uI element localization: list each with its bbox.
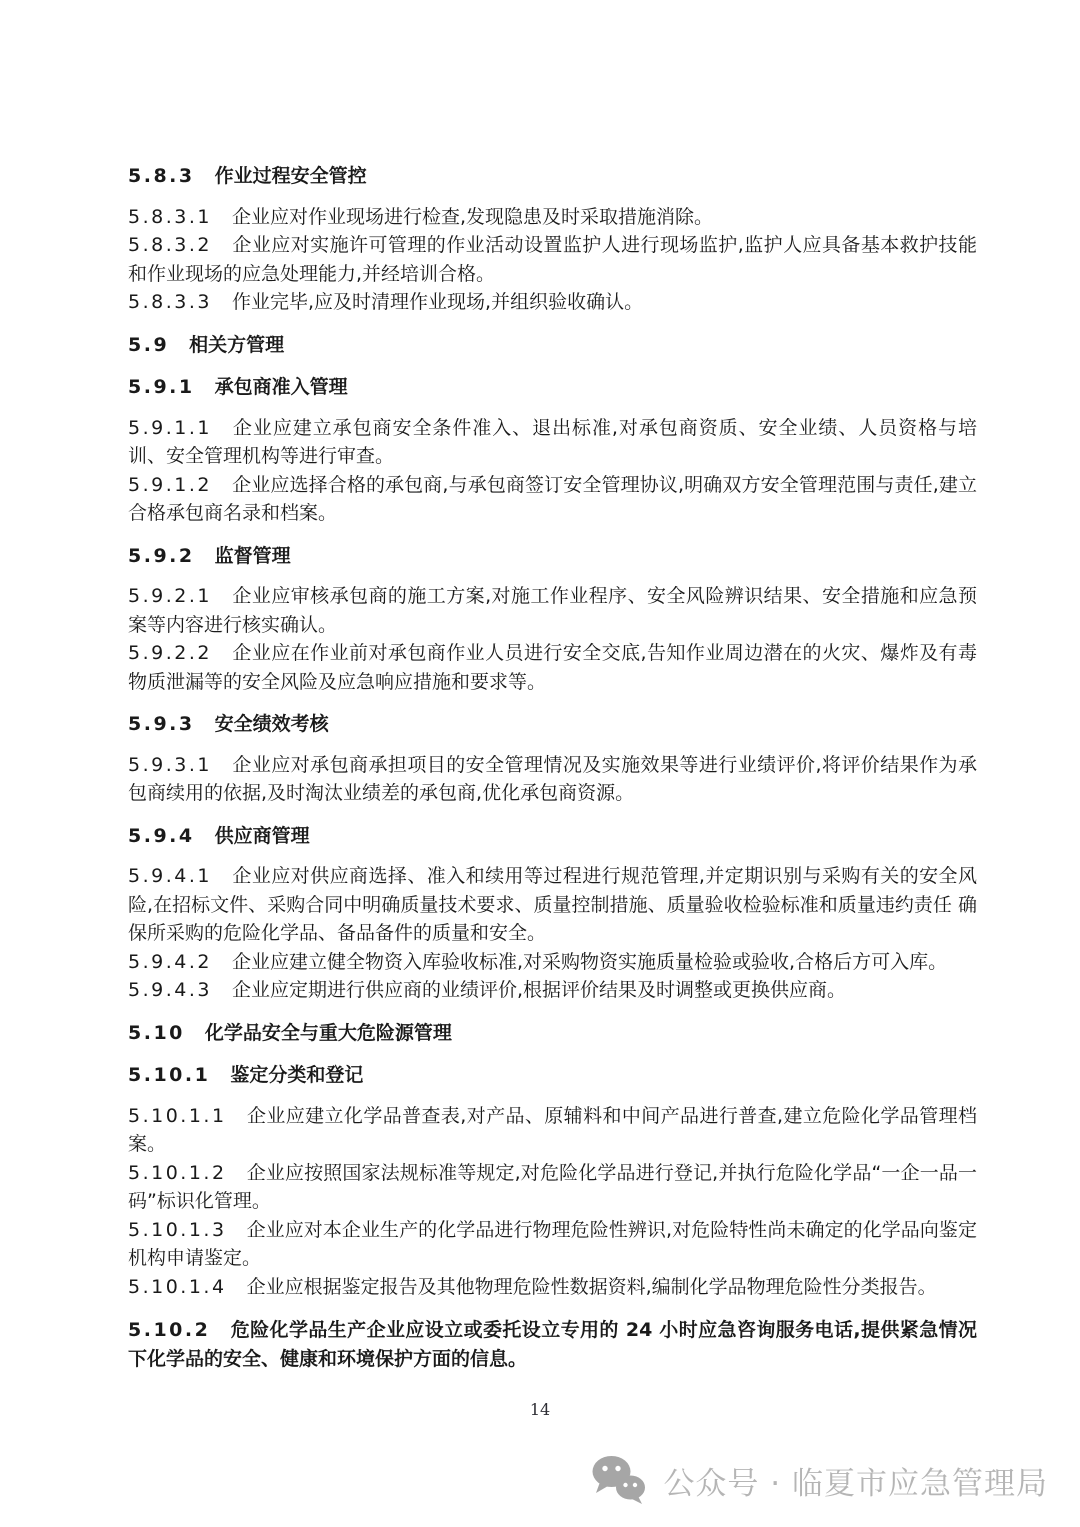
clause-text: 鉴定分类和登记	[230, 1064, 363, 1086]
clause-text: 企业应按照国家法规标准等规定,对危险化学品进行登记,并执行危险化学品“一企一品一…	[128, 1162, 977, 1213]
clause-number: 5.10	[128, 1022, 185, 1044]
clause-text: 承包商准入管理	[215, 376, 348, 398]
clause-text: 企业应定期进行供应商的业绩评价,根据评价结果及时调整或更换供应商。	[232, 979, 846, 1001]
section-heading: 5.9.3安全绩效考核	[128, 710, 977, 739]
clause-paragraph: 5.9.2.2企业应在作业前对承包商作业人员进行安全交底,告知作业周边潜在的火灾…	[128, 639, 977, 696]
clause-text: 企业应建立化学品普查表,对产品、原辅料和中间产品进行普查,建立危险化学品管理档案…	[128, 1105, 977, 1156]
clause-number: 5.10.1	[128, 1064, 210, 1086]
clause-number: 5.9.4	[128, 825, 195, 847]
clause-number: 5.9.4.3	[128, 979, 212, 1001]
clause-number: 5.9.2	[128, 545, 195, 567]
clause-number: 5.8.3.2	[128, 234, 212, 256]
clause-text: 企业应对本企业生产的化学品进行物理危险性辨识,对危险特性尚未确定的化学品向鉴定机…	[128, 1219, 977, 1270]
clause-number: 5.10.1.1	[128, 1105, 227, 1127]
clause-number: 5.10.2	[128, 1319, 210, 1341]
clause-number: 5.9.3	[128, 713, 195, 735]
clause-text: 企业应对作业现场进行检查,发现隐患及时采取措施消除。	[232, 206, 713, 228]
clause-text: 作业过程安全管控	[215, 165, 367, 187]
section-heading: 5.10化学品安全与重大危险源管理	[128, 1019, 977, 1048]
clause-text: 企业应根据鉴定报告及其他物理危险性数据资料,编制化学品物理危险性分类报告。	[247, 1276, 937, 1298]
clause-number: 5.9.4.1	[128, 865, 212, 887]
clause-number: 5.8.3	[128, 165, 195, 187]
clause-text: 危险化学品生产企业应设立或委托设立专用的 24 小时应急咨询服务电话,提供紧急情…	[128, 1319, 977, 1370]
clause-number: 5.9.1.1	[128, 417, 212, 439]
section-heading: 5.8.3作业过程安全管控	[128, 162, 977, 191]
clause-paragraph: 5.10.1.3企业应对本企业生产的化学品进行物理危险性辨识,对危险特性尚未确定…	[128, 1216, 977, 1273]
clause-number: 5.8.3.3	[128, 291, 212, 313]
section-heading: 5.9.4供应商管理	[128, 822, 977, 851]
clause-paragraph: 5.8.3.3作业完毕,应及时清理作业现场,并组织验收确认。	[128, 288, 977, 317]
clause-text: 化学品安全与重大危险源管理	[205, 1022, 452, 1044]
clause-paragraph: 5.10.1.2企业应按照国家法规标准等规定,对危险化学品进行登记,并执行危险化…	[128, 1159, 977, 1216]
clause-paragraph: 5.9.4.3企业应定期进行供应商的业绩评价,根据评价结果及时调整或更换供应商。	[128, 976, 977, 1005]
clause-paragraph: 5.8.3.2企业应对实施许可管理的作业活动设置监护人进行现场监护,监护人应具备…	[128, 231, 977, 288]
clause-text: 安全绩效考核	[215, 713, 329, 735]
clause-text: 企业应建立承包商安全条件准入、退出标准,对承包商资质、安全业绩、人员资格与培训、…	[128, 417, 977, 468]
clause-number: 5.10.1.4	[128, 1276, 227, 1298]
page-number: 14	[0, 1400, 1080, 1419]
section-heading: 5.9.2监督管理	[128, 542, 977, 571]
clause-number: 5.9.1.2	[128, 474, 212, 496]
clause-paragraph: 5.9.4.1企业应对供应商选择、准入和续用等过程进行规范管理,并定期识别与采购…	[128, 862, 977, 948]
clause-number: 5.10.1.2	[128, 1162, 227, 1184]
clause-number: 5.10.1.3	[128, 1219, 227, 1241]
clause-number: 5.9.1	[128, 376, 195, 398]
document-body: 5.8.3作业过程安全管控5.8.3.1企业应对作业现场进行检查,发现隐患及时采…	[0, 0, 1080, 1373]
clause-text: 企业应在作业前对承包商作业人员进行安全交底,告知作业周边潜在的火灾、爆炸及有毒物…	[128, 642, 977, 693]
clause-paragraph: 5.9.3.1企业应对承包商承担项目的安全管理情况及实施效果等进行业绩评价,将评…	[128, 751, 977, 808]
clause-paragraph: 5.9.1.2企业应选择合格的承包商,与承包商签订安全管理协议,明确双方安全管理…	[128, 471, 977, 528]
clause-paragraph: 5.9.2.1企业应审核承包商的施工方案,对施工作业程序、安全风险辨识结果、安全…	[128, 582, 977, 639]
clause-text: 企业应对承包商承担项目的安全管理情况及实施效果等进行业绩评价,将评价结果作为承包…	[128, 754, 977, 805]
clause-number: 5.9.2.1	[128, 585, 212, 607]
wechat-icon	[591, 1455, 647, 1505]
clause-text: 供应商管理	[215, 825, 310, 847]
clause-number: 5.9.3.1	[128, 754, 212, 776]
clause-paragraph: 5.10.1.1企业应建立化学品普查表,对产品、原辅料和中间产品进行普查,建立危…	[128, 1102, 977, 1159]
watermark-label: 公众号 · 临夏市应急管理局	[663, 1458, 1048, 1503]
clause-text: 企业应建立健全物资入库验收标准,对采购物资实施质量检验或验收,合格后方可入库。	[232, 951, 947, 973]
clause-number: 5.9.4.2	[128, 951, 212, 973]
watermark: 公众号 · 临夏市应急管理局	[591, 1455, 1048, 1505]
clause-paragraph: 5.9.1.1企业应建立承包商安全条件准入、退出标准,对承包商资质、安全业绩、人…	[128, 414, 977, 471]
clause-text: 企业应选择合格的承包商,与承包商签订安全管理协议,明确双方安全管理范围与责任,建…	[128, 474, 977, 525]
clause-paragraph: 5.10.1.4企业应根据鉴定报告及其他物理危险性数据资料,编制化学品物理危险性…	[128, 1273, 977, 1302]
clause-number: 5.8.3.1	[128, 206, 212, 228]
section-heading: 5.9.1承包商准入管理	[128, 373, 977, 402]
clause-text: 企业应对实施许可管理的作业活动设置监护人进行现场监护,监护人应具备基本救护技能和…	[128, 234, 977, 285]
clause-text: 相关方管理	[189, 334, 284, 356]
document-page: 5.8.3作业过程安全管控5.8.3.1企业应对作业现场进行检查,发现隐患及时采…	[0, 0, 1080, 1527]
section-heading: 5.10.1鉴定分类和登记	[128, 1061, 977, 1090]
clause-paragraph: 5.10.2危险化学品生产企业应设立或委托设立专用的 24 小时应急咨询服务电话…	[128, 1316, 977, 1373]
clause-paragraph: 5.8.3.1企业应对作业现场进行检查,发现隐患及时采取措施消除。	[128, 203, 977, 232]
section-heading: 5.9相关方管理	[128, 331, 977, 360]
clause-text: 作业完毕,应及时清理作业现场,并组织验收确认。	[232, 291, 643, 313]
clause-text: 企业应审核承包商的施工方案,对施工作业程序、安全风险辨识结果、安全措施和应急预案…	[128, 585, 977, 636]
clause-paragraph: 5.9.4.2企业应建立健全物资入库验收标准,对采购物资实施质量检验或验收,合格…	[128, 948, 977, 977]
clause-number: 5.9	[128, 334, 169, 356]
clause-text: 监督管理	[215, 545, 291, 567]
clause-number: 5.9.2.2	[128, 642, 212, 664]
clause-text: 企业应对供应商选择、准入和续用等过程进行规范管理,并定期识别与采购有关的安全风险…	[128, 865, 977, 944]
